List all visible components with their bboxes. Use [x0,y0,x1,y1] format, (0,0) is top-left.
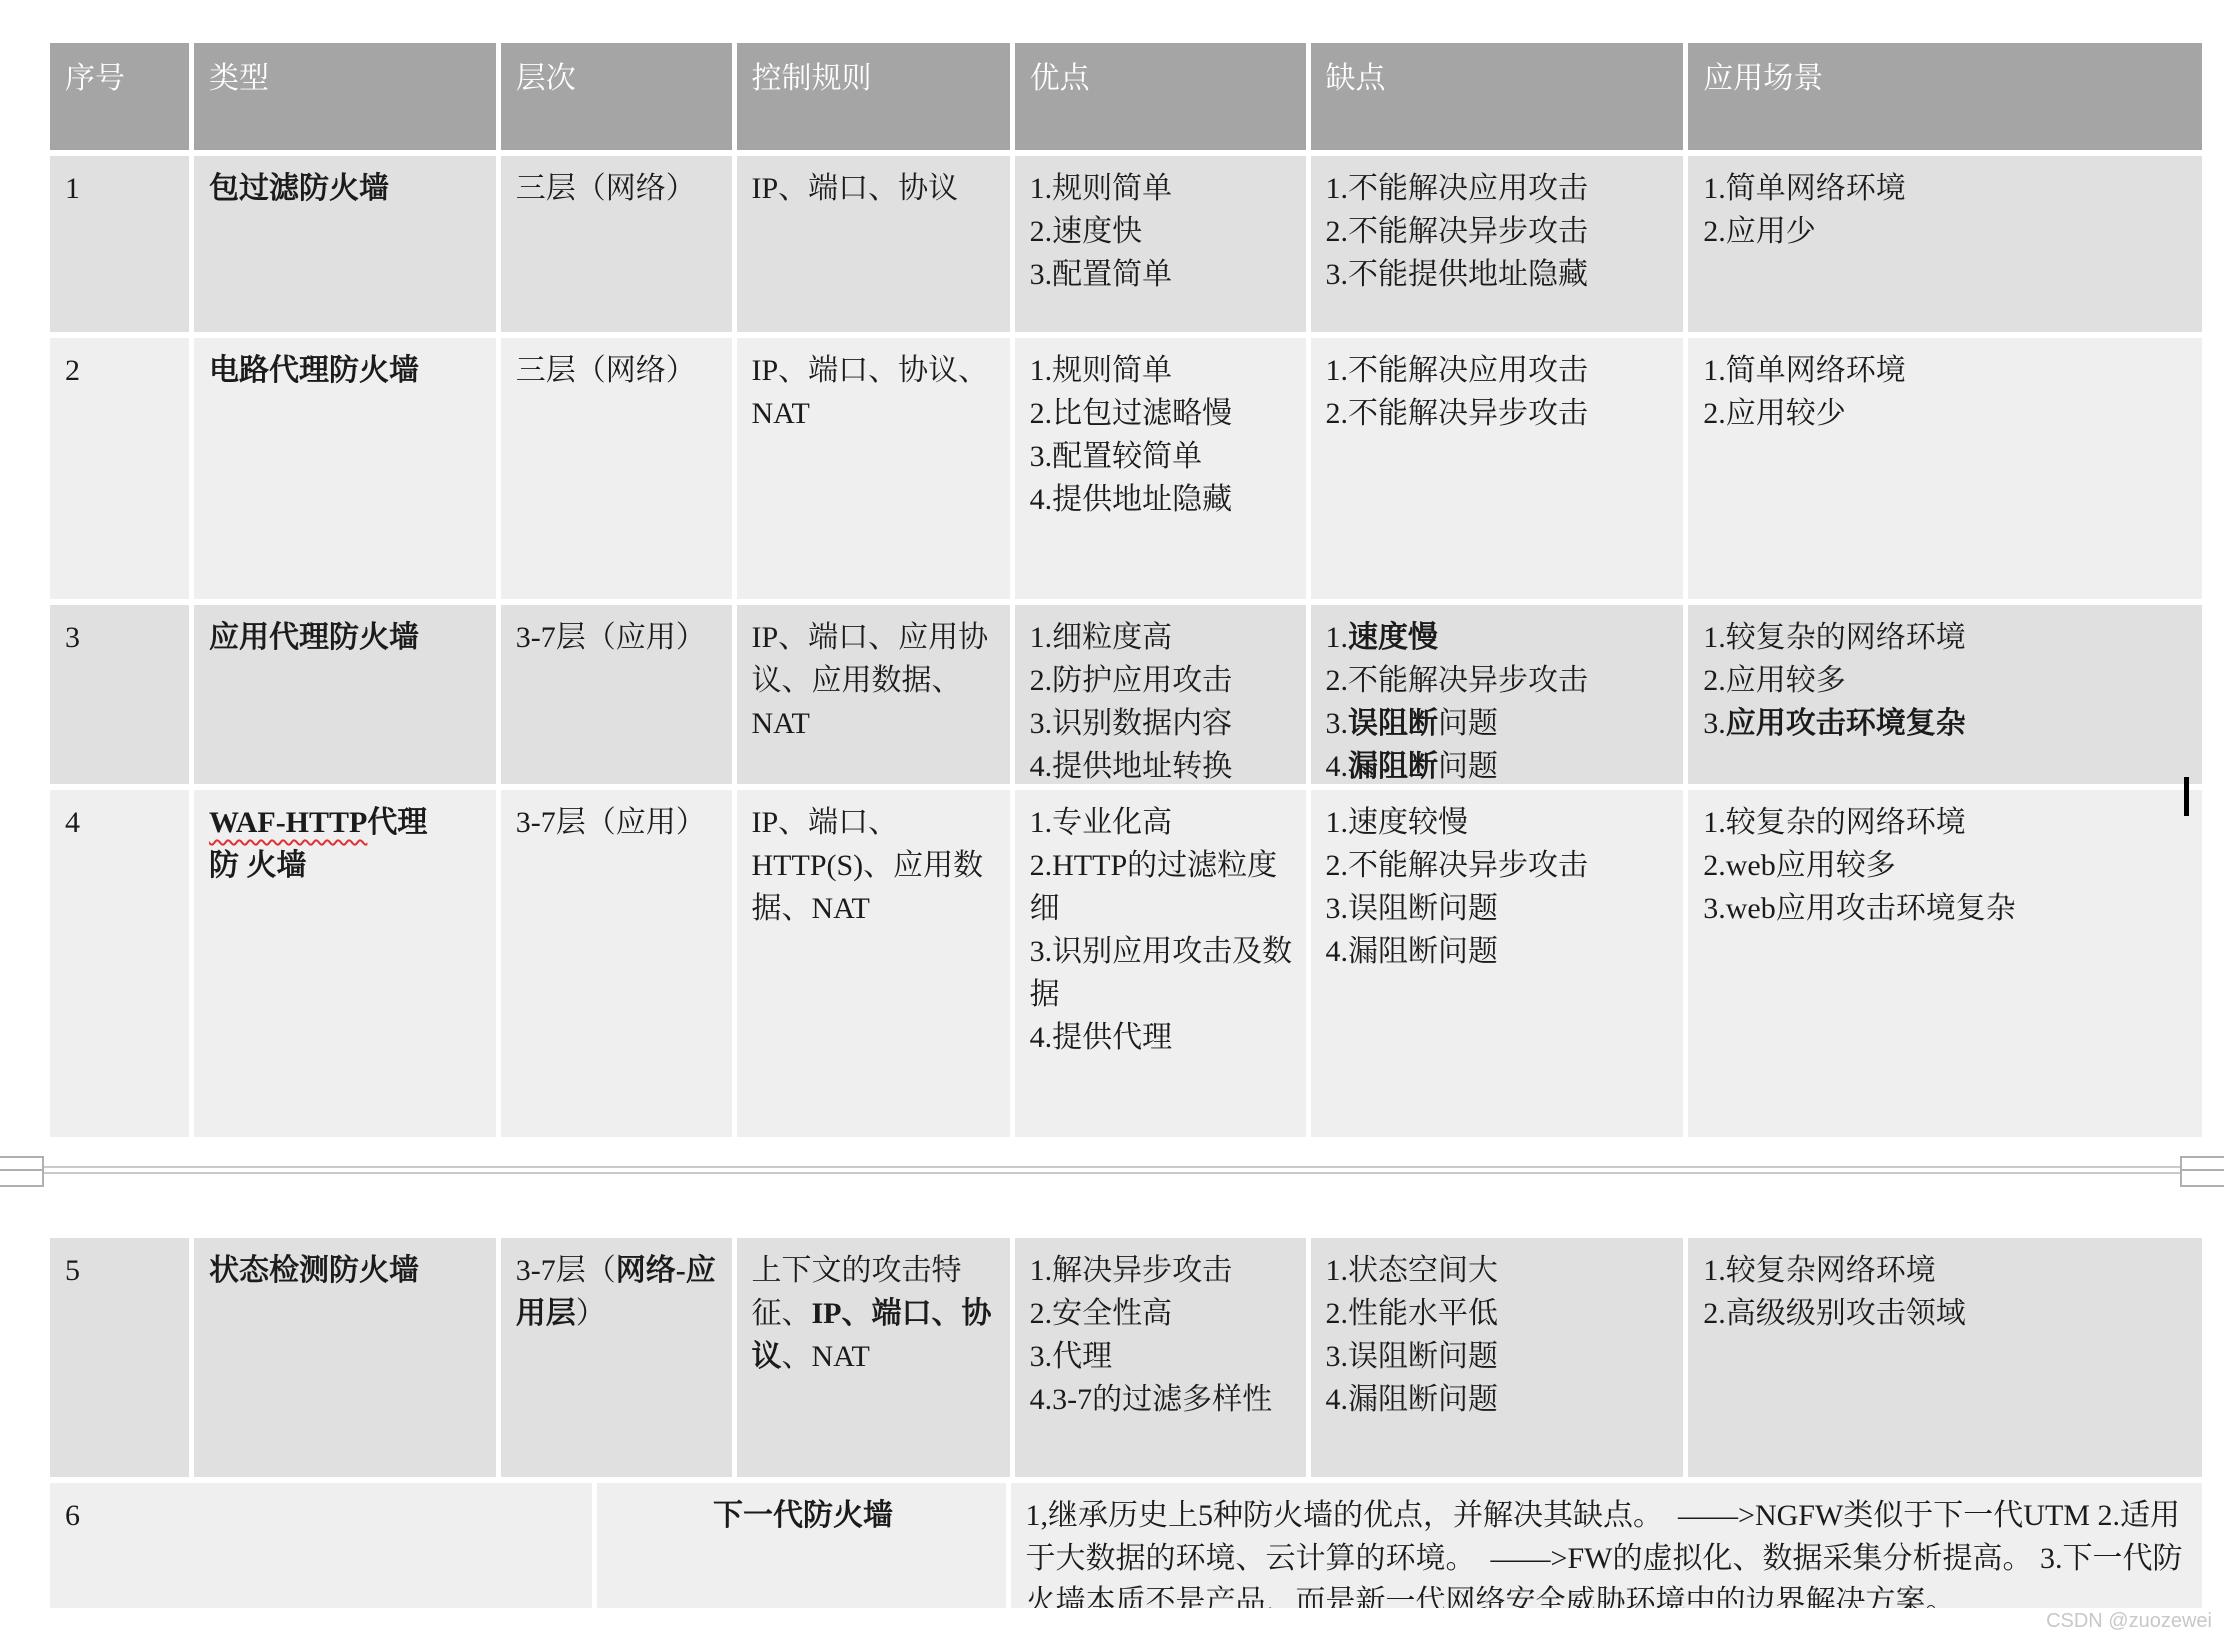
row2-no-cell: 2 [50,338,189,599]
row5-no-cell-line: 5 [65,1249,177,1292]
text-run: 状态检测防火墙 [209,1254,419,1287]
row3-cons-cell: 1.速度慢2.不能解决异步攻击3.误阻断问题4.漏阻断问题 [1311,605,1684,784]
row3-cons-cell-line: 1.速度慢 [1326,616,1672,659]
row5-rules-cell: 上下文的攻击特征、IP、端口、协议、NAT [737,1238,1010,1477]
row5-scenarios-cell-line: 1.较复杂网络环境 [1703,1249,2190,1292]
row6-no-cell-line: 6 [65,1494,580,1537]
column-header-4: 控制规则 [737,43,1010,150]
row5-pros-cell-line: 1.解决异步攻击 [1030,1249,1294,1292]
row6-description-cell: 1,继承历史上5种防火墙的优点，并解决其缺点。 ——>NGFW类似于下一代UTM… [1011,1483,2202,1608]
column-header-2-line: 类型 [209,57,484,100]
row4-pros-cell: 1.专业化高2.HTTP的过滤粒度细3.识别应用攻击及数据4.提供代理 [1015,790,1306,1137]
row1-layer-cell: 三层（网络） [501,156,732,332]
row3-pros-cell-line: 4.提供地址转换 [1030,745,1294,784]
table-row-6: 6下一代防火墙1,继承历史上5种防火墙的优点，并解决其缺点。 ——>NGFW类似… [50,1483,2202,1608]
row4-type-cell-line: WAF-HTTP代理 [209,801,484,844]
text-run: 误阻断 [1348,707,1438,740]
row4-type-cell-line: 防 火墙 [209,844,484,887]
row2-layer-cell-line: 三层（网络） [516,349,720,392]
row4-cons-cell-line: 3.误阻断问题 [1326,887,1672,930]
row1-cons-cell-line: 2.不能解决异步攻击 [1326,210,1672,253]
row2-pros-cell-line: 1.规则简单 [1030,349,1294,392]
row4-pros-cell-line: 4.提供代理 [1030,1016,1294,1059]
row1-cons-cell-line: 3.不能提供地址隐藏 [1326,253,1672,296]
row2-no-cell-line: 2 [65,349,177,392]
text-run: 4. [1326,750,1349,783]
column-header-2: 类型 [194,43,496,150]
row2-layer-cell: 三层（网络） [501,338,732,599]
text-run: 1. [1326,621,1349,654]
row4-rules-cell: IP、端口、HTTP(S)、应用数据、NAT [737,790,1010,1137]
row1-pros-cell: 1.规则简单2.速度快3.配置简单 [1015,156,1306,332]
column-header-1: 序号 [50,43,189,150]
row1-rules-cell: IP、端口、协议 [737,156,1010,332]
row1-layer-cell-line: 三层（网络） [516,167,720,210]
row2-rules-cell: IP、端口、协议、NAT [737,338,1010,599]
row1-no-cell: 1 [50,156,189,332]
text-run: 3-7层（ [516,1254,616,1287]
row3-scenarios-cell-line: 2.应用较多 [1703,659,2190,702]
row5-cons-cell-line: 4.漏阻断问题 [1326,1378,1672,1421]
row2-pros-cell-line: 3.配置较简单 [1030,435,1294,478]
row5-cons-cell: 1.状态空间大2.性能水平低3.误阻断问题4.漏阻断问题 [1311,1238,1684,1477]
row3-pros-cell-line: 2.防护应用攻击 [1030,659,1294,702]
row3-pros-cell: 1.细粒度高2.防护应用攻击3.识别数据内容4.提供地址转换 [1015,605,1306,784]
row5-cons-cell-line: 1.状态空间大 [1326,1249,1672,1292]
row5-layer-cell-line: 3-7层（网络-应用层） [516,1249,720,1335]
row2-scenarios-cell-line: 2.应用较少 [1703,392,2190,435]
spellcheck-flagged-text: WAF-HTTP [209,806,367,839]
row5-pros-cell-line: 3.代理 [1030,1335,1294,1378]
row5-type-cell-line: 状态检测防火墙 [209,1249,484,1292]
row3-type-cell-line: 应用代理防火墙 [209,616,484,659]
text-run: 防 火墙 [209,849,307,882]
text-run: 包过滤防火墙 [209,172,389,205]
column-header-6: 缺点 [1311,43,1684,150]
row4-scenarios-cell-line: 3.web应用攻击环境复杂 [1703,887,2190,930]
row5-pros-cell-line: 2.安全性高 [1030,1292,1294,1335]
row4-cons-cell-line: 4.漏阻断问题 [1326,930,1672,973]
row1-pros-cell-line: 2.速度快 [1030,210,1294,253]
text-run: 3. [1326,707,1349,740]
row2-scenarios-cell: 1.简单网络环境2.应用较少 [1688,338,2202,599]
firewall-table-page1: 序号类型层次控制规则优点缺点应用场景1包过滤防火墙三层（网络）IP、端口、协议1… [50,43,2202,1137]
watermark: CSDN @zuozewei [2046,1610,2212,1633]
row2-type-cell-line: 电路代理防火墙 [209,349,484,392]
row1-no-cell-line: 1 [65,167,177,210]
column-header-6-line: 缺点 [1326,57,1672,100]
text-run: 漏阻断 [1348,750,1438,783]
row2-scenarios-cell-line: 1.简单网络环境 [1703,349,2190,392]
column-header-3: 层次 [501,43,732,150]
row4-layer-cell-line: 3-7层（应用） [516,801,720,844]
firewall-table-page2: 5状态检测防火墙3-7层（网络-应用层）上下文的攻击特征、IP、端口、协议、NA… [50,1238,2202,1608]
row6-no-cell: 6 [50,1483,592,1608]
row4-type-cell: WAF-HTTP代理防 火墙 [194,790,496,1137]
page-break-line-bottom [0,1172,2224,1174]
row6-description-cell-line: 1,继承历史上5种防火墙的优点，并解决其缺点。 ——>NGFW类似于下一代UTM… [1026,1494,2190,1608]
row2-type-cell: 电路代理防火墙 [194,338,496,599]
row4-pros-cell-line: 3.识别应用攻击及数据 [1030,930,1294,1016]
column-header-5: 优点 [1015,43,1306,150]
row1-pros-cell-line: 1.规则简单 [1030,167,1294,210]
row3-no-cell: 3 [50,605,189,784]
row1-scenarios-cell: 1.简单网络环境2.应用少 [1688,156,2202,332]
row1-rules-cell-line: IP、端口、协议 [752,167,998,210]
column-header-3-line: 层次 [516,57,720,100]
row1-type-cell: 包过滤防火墙 [194,156,496,332]
row1-pros-cell-line: 3.配置简单 [1030,253,1294,296]
row4-scenarios-cell: 1.较复杂的网络环境2.web应用较多3.web应用攻击环境复杂 [1688,790,2202,1137]
row5-cons-cell-line: 3.误阻断问题 [1326,1335,1672,1378]
row6-title-cell: 下一代防火墙 [597,1483,1005,1608]
row3-cons-cell-line: 3.误阻断问题 [1326,702,1672,745]
row4-cons-cell-line: 1.速度较慢 [1326,801,1672,844]
row3-scenarios-cell-line: 1.较复杂的网络环境 [1703,616,2190,659]
row3-cons-cell-line: 4.漏阻断问题 [1326,745,1672,784]
page-break-left-margin-box [0,1156,44,1187]
text-run: 电路代理防火墙 [209,354,419,387]
row4-pros-cell-line: 2.HTTP的过滤粒度细 [1030,844,1294,930]
row3-cons-cell-line: 2.不能解决异步攻击 [1326,659,1672,702]
text-run: ） [576,1297,606,1330]
row1-type-cell-line: 包过滤防火墙 [209,167,484,210]
text-run: 问题 [1438,707,1498,740]
row2-cons-cell-line: 1.不能解决应用攻击 [1326,349,1672,392]
text-run: 速度慢 [1348,621,1438,654]
row1-scenarios-cell-line: 1.简单网络环境 [1703,167,2190,210]
page-break-right-margin-box [2180,1156,2224,1187]
row6-title-cell-line: 下一代防火墙 [612,1494,993,1537]
row4-cons-cell-line: 2.不能解决异步攻击 [1326,844,1672,887]
row2-pros-cell-line: 4.提供地址隐藏 [1030,478,1294,521]
row3-type-cell: 应用代理防火墙 [194,605,496,784]
row1-cons-cell-line: 1.不能解决应用攻击 [1326,167,1672,210]
row4-scenarios-cell-line: 2.web应用较多 [1703,844,2190,887]
row3-scenarios-cell-line: 3.应用攻击环境复杂 [1703,702,2190,745]
column-header-4-line: 控制规则 [752,57,998,100]
row4-pros-cell-line: 1.专业化高 [1030,801,1294,844]
row5-scenarios-cell-line: 2.高级级别攻击领域 [1703,1292,2190,1335]
row2-pros-cell: 1.规则简单2.比包过滤略慢3.配置较简单4.提供地址隐藏 [1015,338,1306,599]
row4-rules-cell-line: IP、端口、HTTP(S)、应用数据、NAT [752,801,998,930]
row4-no-cell: 4 [50,790,189,1137]
row5-layer-cell: 3-7层（网络-应用层） [501,1238,732,1477]
row5-pros-cell-line: 4.3-7的过滤多样性 [1030,1378,1294,1421]
row3-rules-cell-line: IP、端口、应用协议、应用数据、NAT [752,616,998,745]
row4-layer-cell: 3-7层（应用） [501,790,732,1137]
row1-scenarios-cell-line: 2.应用少 [1703,210,2190,253]
column-header-5-line: 优点 [1030,57,1294,100]
row2-cons-cell-line: 2.不能解决异步攻击 [1326,392,1672,435]
row3-rules-cell: IP、端口、应用协议、应用数据、NAT [737,605,1010,784]
text-run: 代理 [367,806,427,839]
row3-layer-cell: 3-7层（应用） [501,605,732,784]
row2-pros-cell-line: 2.比包过滤略慢 [1030,392,1294,435]
row1-cons-cell: 1.不能解决应用攻击2.不能解决异步攻击3.不能提供地址隐藏 [1311,156,1684,332]
text-run: 3. [1703,707,1726,740]
row3-no-cell-line: 3 [65,616,177,659]
row5-type-cell: 状态检测防火墙 [194,1238,496,1477]
text-run: 应用代理防火墙 [209,621,419,654]
text-run: 、NAT [782,1340,870,1373]
column-header-1-line: 序号 [65,57,177,100]
row5-cons-cell-line: 2.性能水平低 [1326,1292,1672,1335]
row5-no-cell: 5 [50,1238,189,1477]
text-run: 应用攻击环境复杂 [1726,707,1966,740]
page-break-line-top [0,1166,2224,1168]
row2-rules-cell-line: IP、端口、协议、NAT [752,349,998,435]
row5-rules-cell-line: 上下文的攻击特征、IP、端口、协议、NAT [752,1249,998,1378]
text-cursor [2184,777,2189,816]
row3-scenarios-cell: 1.较复杂的网络环境2.应用较多3.应用攻击环境复杂 [1688,605,2202,784]
row3-pros-cell-line: 1.细粒度高 [1030,616,1294,659]
row4-cons-cell: 1.速度较慢2.不能解决异步攻击3.误阻断问题4.漏阻断问题 [1311,790,1684,1137]
row4-no-cell-line: 4 [65,801,177,844]
column-header-7: 应用场景 [1688,43,2202,150]
column-header-7-line: 应用场景 [1703,57,2190,100]
row3-layer-cell-line: 3-7层（应用） [516,616,720,659]
row2-cons-cell: 1.不能解决应用攻击2.不能解决异步攻击 [1311,338,1684,599]
row5-scenarios-cell: 1.较复杂网络环境2.高级级别攻击领域 [1688,1238,2202,1477]
row5-pros-cell: 1.解决异步攻击2.安全性高3.代理4.3-7的过滤多样性 [1015,1238,1306,1477]
row3-pros-cell-line: 3.识别数据内容 [1030,702,1294,745]
text-run: 问题 [1438,750,1498,783]
row4-scenarios-cell-line: 1.较复杂的网络环境 [1703,801,2190,844]
